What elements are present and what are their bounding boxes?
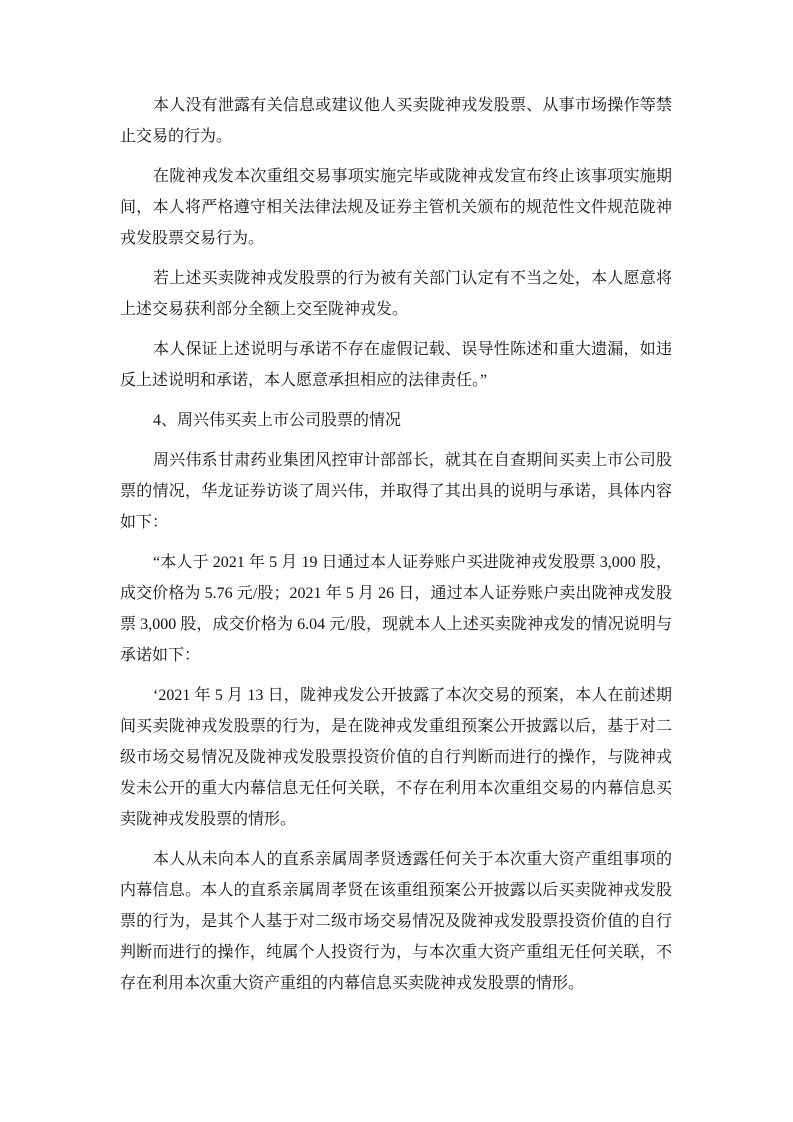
text-line: 票的情况，华龙证券访谈了周兴伟，并取得了其出具的说明与承诺，具体内容 (120, 476, 672, 507)
text-line: 上述交易获利部分全额上交至陇神戎发。 (120, 294, 672, 325)
text-line: 间，本人将严格遵守相关法律法规及证券主管机关颁布的规范性文件规范陇神 (120, 192, 672, 223)
paragraph-trade-details: “本人于 2021 年 5 月 19 日通过本人证券账户买进陇神戎发股票 3,0… (120, 547, 672, 671)
paragraph-interview-intro: 周兴伟系甘肃药业集团风控审计部部长，就其在自查期间买卖上市公司股 票的情况，华龙… (120, 445, 672, 538)
text-line: “本人于 2021 年 5 月 19 日通过本人证券账户买进陇神戎发股票 3,0… (120, 547, 672, 578)
document-page: 本人没有泄露有关信息或建议他人买卖陇神戎发股票、从事市场操作等禁 止交易的行为。… (0, 0, 793, 1122)
text-line: 发未公开的重大内幕信息无任何关联，不存在利用本次重组交易的内幕信息买 (120, 773, 672, 804)
text-line: 票 3,000 股，成交价格为 6.04 元/股，现就本人上述买卖陇神戎发的情况… (120, 609, 672, 640)
text-line: 本人没有泄露有关信息或建议他人买卖陇神戎发股票、从事市场操作等禁 (120, 90, 672, 121)
paragraph-no-leak-statement: 本人没有泄露有关信息或建议他人买卖陇神戎发股票、从事市场操作等禁 止交易的行为。 (120, 90, 672, 152)
text-line: 间买卖陇神戎发股票的行为，是在陇神戎发重组预案公开披露以后，基于对二 (120, 711, 672, 742)
text-line: 本人保证上述说明与承诺不存在虚假记载、误导性陈述和重大遗漏，如违 (120, 334, 672, 365)
text-line: 在陇神戎发本次重组交易事项实施完毕或陇神戎发宣布终止该事项实施期 (120, 161, 672, 192)
text-line: ‘2021 年 5 月 13 日，陇神戎发公开披露了本次交易的预案，本人在前述期 (120, 680, 672, 711)
text-line: 级市场交易情况及陇神戎发股票投资价值的自行判断而进行的操作，与陇神戎 (120, 742, 672, 773)
text-line: 票的行为，是其个人基于对二级市场交易情况及陇神戎发股票投资价值的自行 (120, 906, 672, 937)
text-line: 戎发股票交易行为。 (120, 223, 672, 254)
text-line: 承诺如下： (120, 640, 672, 671)
paragraph-legal-responsibility: 本人保证上述说明与承诺不存在虚假记载、误导性陈述和重大遗漏，如违 反上述说明和承… (120, 334, 672, 396)
section-heading: 4、周兴伟买卖上市公司股票的情况 (120, 405, 672, 436)
text-line: 成交价格为 5.76 元/股；2021 年 5 月 26 日，通过本人证券账户卖… (120, 578, 672, 609)
text-line: 存在利用本次重大资产重组的内幕信息买卖陇神戎发股票的情形。 (120, 968, 672, 999)
text-line: 周兴伟系甘肃药业集团风控审计部部长，就其在自查期间买卖上市公司股 (120, 445, 672, 476)
paragraph-disclosure-timing: ‘2021 年 5 月 13 日，陇神戎发公开披露了本次交易的预案，本人在前述期… (120, 680, 672, 835)
paragraph-relative-statement: 本人从未向本人的直系亲属周孝贤透露任何关于本次重大资产重组事项的 内幕信息。本人… (120, 844, 672, 999)
paragraph-profit-surrender: 若上述买卖陇神戎发股票的行为被有关部门认定有不当之处，本人愿意将 上述交易获利部… (120, 263, 672, 325)
text-line: 内幕信息。本人的直系亲属周孝贤在该重组预案公开披露以后买卖陇神戎发股 (120, 875, 672, 906)
paragraph-compliance-commitment: 在陇神戎发本次重组交易事项实施完毕或陇神戎发宣布终止该事项实施期 间，本人将严格… (120, 161, 672, 254)
section-heading-text: 4、周兴伟买卖上市公司股票的情况 (120, 405, 672, 436)
text-line: 止交易的行为。 (120, 121, 672, 152)
text-line: 若上述买卖陇神戎发股票的行为被有关部门认定有不当之处，本人愿意将 (120, 263, 672, 294)
text-line: 判断而进行的操作，纯属个人投资行为，与本次重大资产重组无任何关联，不 (120, 937, 672, 968)
text-line: 本人从未向本人的直系亲属周孝贤透露任何关于本次重大资产重组事项的 (120, 844, 672, 875)
text-line: 如下： (120, 507, 672, 538)
text-line: 卖陇神戎发股票的情形。 (120, 804, 672, 835)
text-line: 反上述说明和承诺，本人愿意承担相应的法律责任。” (120, 365, 672, 396)
document-body: 本人没有泄露有关信息或建议他人买卖陇神戎发股票、从事市场操作等禁 止交易的行为。… (120, 90, 672, 1008)
